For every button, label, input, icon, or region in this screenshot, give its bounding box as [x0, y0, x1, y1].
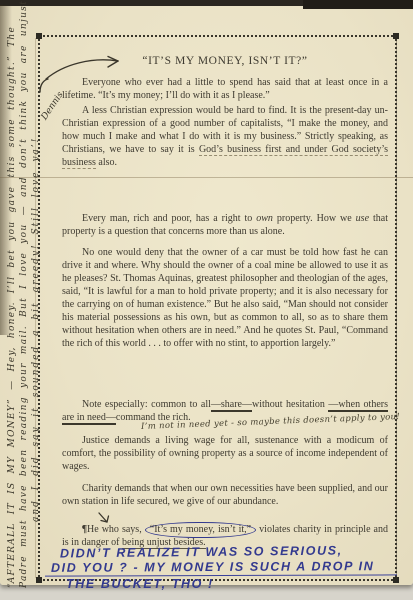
bottom-note-line-3: THE BUCKET, THO !	[66, 577, 214, 591]
paragraph-2: A less Christian expression would be har…	[62, 104, 388, 169]
paragraph-1: Everyone who ever had a little to spend …	[62, 76, 388, 102]
text-segment: Every man, rich and poor, has a right to	[82, 213, 256, 224]
scan-top-edge-shadow	[303, 0, 413, 9]
text-segment: property. How we	[273, 213, 356, 224]
text-segment: —share—	[211, 399, 252, 410]
margin-note-outer: “AFTERALL IT IS MY MONEY” — Hey, honey. …	[7, 26, 17, 588]
text-segment: Justice demands a living wage for all, s…	[62, 435, 388, 472]
border-corner-square	[393, 577, 399, 583]
text-segment: No one would deny that the owner of a ca…	[62, 247, 388, 349]
text-segment: without hesitation	[252, 399, 328, 410]
border-corner-square	[393, 33, 399, 39]
text-segment: Everyone who ever had a little to spend …	[62, 77, 388, 101]
border-corner-square	[36, 577, 42, 583]
paragraph-3: Every man, rich and poor, has a right to…	[62, 212, 388, 238]
scanned-pamphlet-page: “IT’S MY MONEY, ISN’T IT?” Everyone who …	[0, 0, 413, 600]
text-segment: Charity demands that when our own necess…	[62, 483, 388, 507]
margin-note-middle: Padre must have been reading your mail. …	[19, 0, 29, 588]
paragraph-7: Charity demands that when our own necess…	[62, 482, 388, 508]
text-segment: Note especially: common to all	[82, 399, 211, 410]
text-segment: He who says,	[87, 524, 145, 535]
bottom-note-line-2: DID YOU ? - MY MONEY IS SUCH A DROP IN	[51, 559, 374, 575]
border-corner-square	[36, 33, 42, 39]
paragraph-4: No one would deny that the owner of a ca…	[62, 246, 388, 350]
margin-note-inner: and I did say it sounded a bit greedy! S…	[31, 137, 41, 522]
paragraph-6: Justice demands a living wage for all, s…	[62, 434, 388, 473]
blue-circled-quote: “It’s my money, isn’t it,”	[145, 522, 256, 538]
page-title: “IT’S MY MONEY, ISN’T IT?”	[62, 55, 388, 68]
text-segment: own	[256, 213, 273, 224]
bottom-note-line-1: DIDN’T REALIZE IT WAS SO SERIOUS,	[60, 544, 343, 561]
text-segment: also.	[96, 157, 117, 168]
text-segment: use	[356, 213, 369, 224]
